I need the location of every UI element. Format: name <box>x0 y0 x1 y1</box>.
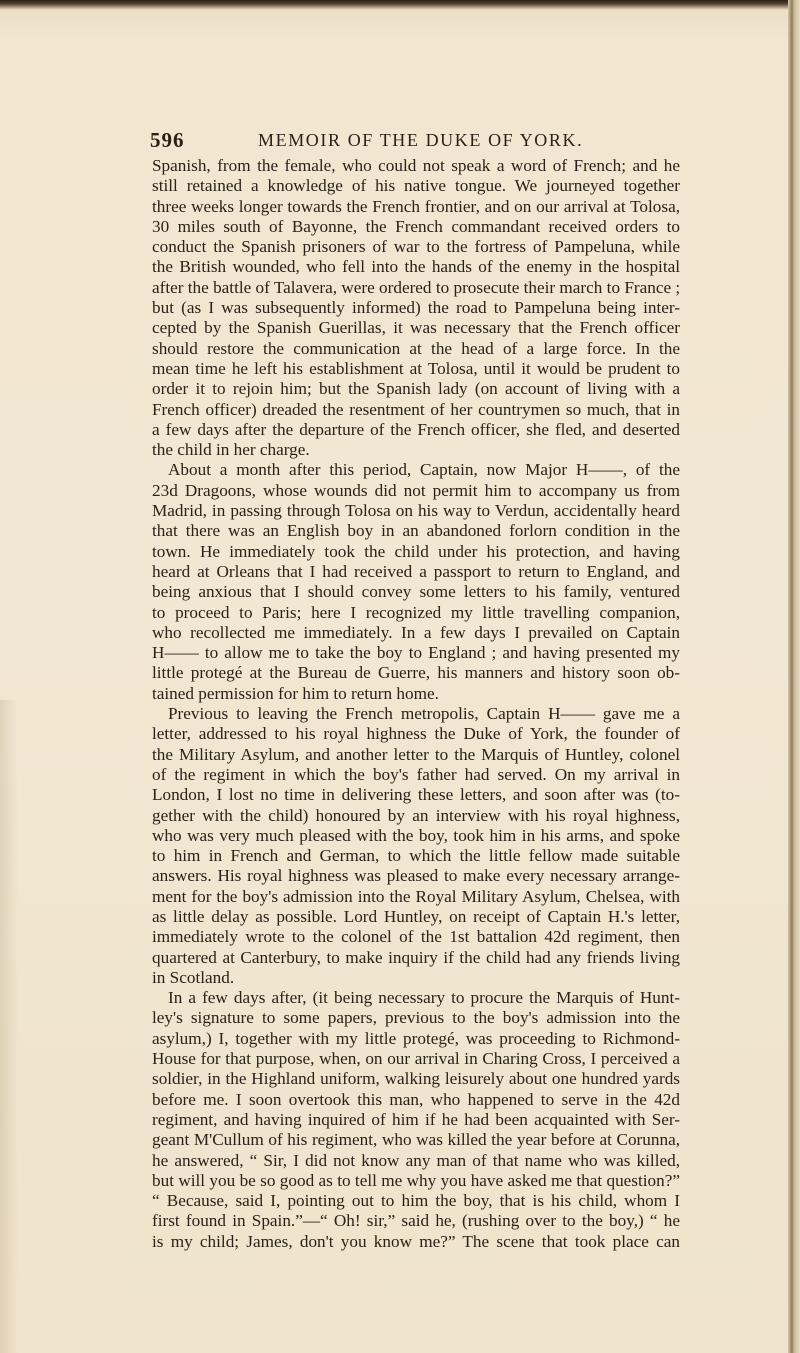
text-line: first found in Spain.”—“ Oh! sir,” said … <box>152 1211 680 1231</box>
text-line: to proceed to Paris; here I recognized m… <box>152 603 680 623</box>
text-line: Spanish, from the female, who could not … <box>152 156 680 176</box>
text-line: as little delay as possible. Lord Huntle… <box>152 907 680 927</box>
text-line: gether with the child) honoured by an in… <box>152 806 680 826</box>
text-line: in Scotland. <box>152 968 680 988</box>
text-line: ley's signature to some papers, previous… <box>152 1008 680 1028</box>
text-line: is my child; James, don't you know me?” … <box>152 1232 680 1252</box>
text-line: should restore the communication at the … <box>152 339 680 359</box>
page-left-shadow <box>0 700 18 1353</box>
text-line: town. He immediately took the child unde… <box>152 542 680 562</box>
text-line: Madrid, in passing through Tolosa on his… <box>152 501 680 521</box>
text-line: quartered at Canterbury, to make inquiry… <box>152 948 680 968</box>
page-header: 596 MEMOIR OF THE DUKE OF YORK. <box>150 128 650 152</box>
text-line: 30 miles south of Bayonne, the French co… <box>152 217 680 237</box>
text-line: three weeks longer towards the French fr… <box>152 197 680 217</box>
text-line: being anxious that I should convey some … <box>152 582 680 602</box>
text-line: French officer) dreaded the resentment o… <box>152 400 680 420</box>
text-line: “ Because, said I, pointing out to him t… <box>152 1191 680 1211</box>
text-line: In a few days after, (it being necessary… <box>152 988 680 1008</box>
text-line: after the battle of Talavera, were order… <box>152 278 680 298</box>
text-line: who was very much pleased with the boy, … <box>152 826 680 846</box>
text-line: cepted by the Spanish Guerillas, it was … <box>152 318 680 338</box>
book-page: 596 MEMOIR OF THE DUKE OF YORK. Spanish,… <box>0 0 790 1353</box>
text-line: the British wounded, who fell into the h… <box>152 257 680 277</box>
text-line: H—— to allow me to take the boy to Engla… <box>152 643 680 663</box>
text-line: ment for the boy's admission into the Ro… <box>152 887 680 907</box>
text-line: letter, addressed to his royal highness … <box>152 724 680 744</box>
text-line: heard at Orleans that I had received a p… <box>152 562 680 582</box>
text-line: that there was an English boy in an aban… <box>152 521 680 541</box>
text-line: but (as I was subsequently informed) the… <box>152 298 680 318</box>
text-line: who recollected me immediately. In a few… <box>152 623 680 643</box>
text-line: House for that purpose, when, on our arr… <box>152 1049 680 1069</box>
text-line: to him in French and German, to which th… <box>152 846 680 866</box>
text-line: still retained a knowledge of his native… <box>152 176 680 196</box>
text-line: 23d Dragoons, whose wounds did not permi… <box>152 481 680 501</box>
text-line: the child in her charge. <box>152 440 680 460</box>
text-line: tained permission for him to return home… <box>152 684 680 704</box>
text-line: a few days after the departure of the Fr… <box>152 420 680 440</box>
text-line: London, I lost no time in delivering the… <box>152 785 680 805</box>
text-line: conduct the Spanish prisoners of war to … <box>152 237 680 257</box>
body-text: Spanish, from the female, who could not … <box>152 156 680 1252</box>
text-line: he answered, “ Sir, I did not know any m… <box>152 1151 680 1171</box>
page-top-edge <box>0 0 800 10</box>
text-line: immediately wrote to the colonel of the … <box>152 927 680 947</box>
running-title: MEMOIR OF THE DUKE OF YORK. <box>258 130 583 151</box>
text-line: mean time he left his establishment at T… <box>152 359 680 379</box>
text-line: order it to rejoin him; but the Spanish … <box>152 379 680 399</box>
text-line: of the regiment in which the boy's fathe… <box>152 765 680 785</box>
text-line: Previous to leaving the French metropoli… <box>152 704 680 724</box>
text-line: before me. I soon overtook this man, who… <box>152 1090 680 1110</box>
text-line: but will you be so good as to tell me wh… <box>152 1171 680 1191</box>
text-line: little protegé at the Bureau de Guerre, … <box>152 663 680 683</box>
text-line: answers. His royal highness was pleased … <box>152 866 680 886</box>
text-line: About a month after this period, Captain… <box>152 460 680 480</box>
text-line: soldier, in the Highland uniform, walkin… <box>152 1069 680 1089</box>
page-number: 596 <box>150 128 185 153</box>
text-line: regiment, and having inquired of him if … <box>152 1110 680 1130</box>
text-line: geant M'Cullum of his regiment, who was … <box>152 1130 680 1150</box>
text-line: asylum,) I, together with my little prot… <box>152 1029 680 1049</box>
page-right-edge <box>788 0 800 1353</box>
text-line: the Military Asylum, and another letter … <box>152 745 680 765</box>
